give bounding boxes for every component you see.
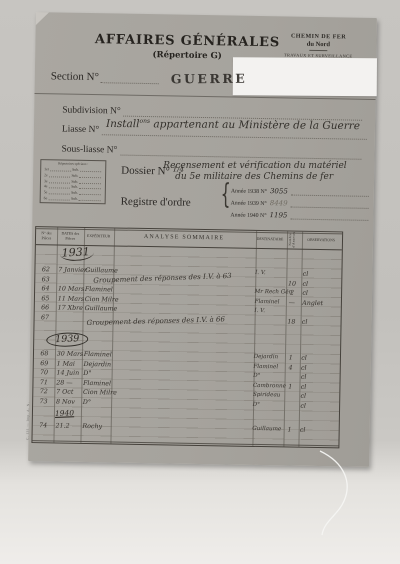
special-box-dots	[79, 179, 101, 183]
cell-observations	[299, 312, 341, 313]
cell-analyse	[111, 393, 252, 395]
cell-expediteur: Guillaume	[83, 267, 113, 275]
liasse-value-sup: ons	[140, 118, 151, 125]
header-dates: DATES des Pièces	[57, 227, 84, 244]
cell-observations: cl	[298, 364, 340, 372]
dossier-handwritten-line1: Recensement et vérification du matériel	[163, 161, 371, 171]
registre-entry-1938: Année 1938 N° 3055	[231, 186, 369, 196]
cell-expediteur: Cion Milre	[81, 389, 111, 397]
cell-expediteur: Flaminel	[81, 380, 111, 388]
company-block: CHEMIN DE FER du Nord TRAVAUX ET SURVEIL…	[267, 33, 369, 59]
special-box-row-right: Sub.	[71, 174, 78, 178]
sous-liasse-blank-line	[120, 146, 361, 160]
special-box-row: 4eSub.	[44, 183, 102, 190]
special-box-row-left: 3e	[44, 179, 48, 183]
special-box-row: 2eSub.	[44, 171, 102, 178]
cell-expediteur: Cion Milre	[83, 296, 113, 304]
cell-destinataire	[254, 283, 285, 284]
special-repertoire-box: Répertoires spéciaux : 1erSub.2eSub.3eSu…	[40, 159, 107, 204]
special-box-row: 6eSub.	[44, 194, 102, 201]
cell-observations: cl	[299, 318, 341, 326]
header-expediteur: EXPÉDITEUR	[84, 228, 114, 246]
cell-analyse	[112, 355, 253, 357]
registre-label: Registre d'ordre	[121, 196, 191, 209]
section-label: Section N°	[51, 70, 99, 83]
header-piece-number: N° des Pièces	[36, 227, 57, 244]
liasse-handwritten-value: Installons appartenant au Ministère de l…	[106, 117, 360, 132]
cell-analyse	[111, 403, 252, 405]
annee-1939-line	[291, 201, 369, 209]
cell-date: 21.2	[54, 423, 81, 430]
year-group: 19407421.2RochyGuillaume1cl	[33, 408, 339, 436]
annee-1938-label: Année 1938 N°	[231, 188, 267, 195]
archive-card: AFFAIRES GÉNÉRALES (Répertoire G) CHEMIN…	[28, 12, 377, 467]
section-field: Section N°	[51, 70, 159, 84]
cell-expediteur: Guillaume	[83, 305, 113, 313]
cell-destinataire: Spirideau	[252, 392, 283, 400]
header-destinataire: DESTINATAIRE	[254, 231, 285, 249]
sous-liasse-field: Sous-liasse N°	[61, 145, 361, 160]
cell-analyse	[113, 300, 254, 302]
cell-piece-number: 74	[33, 422, 54, 429]
section-blank-line	[101, 72, 159, 84]
cell-annexes: 1	[283, 355, 298, 362]
cell-piece-number: 64	[35, 285, 56, 292]
special-box-row: 1erSub.	[44, 166, 102, 173]
cell-analyse	[111, 365, 252, 367]
cell-expediteur: Flaminel	[82, 351, 112, 359]
special-box-row: 3eSub.	[44, 177, 102, 184]
cell-destinataire: Flaminel	[254, 299, 285, 307]
liasse-value-main: Install	[106, 118, 140, 130]
liasse-label: Liasse N°	[62, 125, 99, 136]
cell-piece-number: 69	[34, 360, 55, 367]
register-table: N° des Pièces DATES des Pièces EXPÉDITEU…	[31, 226, 343, 448]
cell-annexes: 2	[284, 290, 299, 297]
subdivision-label: Subdivision N°	[62, 106, 121, 117]
cell-analyse	[113, 290, 254, 292]
cell-annexes: 1	[283, 383, 298, 390]
cell-expediteur: Flaminel	[83, 286, 113, 294]
cell-piece-number: 67	[35, 314, 56, 321]
cell-annexes: —	[284, 299, 299, 306]
cell-annexes: 18	[284, 318, 299, 325]
year-label-text: 1940	[55, 408, 74, 418]
cell-date: 7 Janvier	[56, 267, 83, 274]
cell-destinataire: Dejardin	[253, 354, 284, 362]
special-box-dots	[48, 196, 70, 200]
corner-fold	[36, 12, 52, 28]
guerre-stamp: GUERRE	[171, 71, 248, 87]
special-box-row-right: Sub.	[71, 196, 78, 200]
cell-observations: cl	[298, 383, 340, 391]
cell-analyse	[113, 309, 254, 311]
annee-1938-line	[291, 189, 369, 197]
cell-date: 17 Xbre	[56, 305, 83, 312]
table-body: Groupement des réponses des I.V. à 63 Gr…	[32, 245, 341, 447]
brace-glyph: {	[221, 178, 231, 210]
cell-observations: cl	[299, 290, 341, 298]
cell-observations: cl	[298, 355, 340, 363]
special-box-dots	[49, 179, 71, 183]
special-box-row-right: Sub.	[71, 179, 78, 183]
cell-destinataire	[253, 321, 284, 322]
registre-entry-1939: Année 1939 N° 8449	[231, 198, 369, 208]
cell-observations: Anglet	[299, 299, 341, 307]
special-box-row-right: Sub.	[72, 168, 79, 172]
cell-piece-number: 70	[34, 369, 55, 376]
liasse-value-rest: appartenant au Ministère de la Guerre	[150, 118, 360, 132]
cell-date: 10 Mars	[56, 286, 83, 293]
cell-observations: cl	[298, 374, 340, 382]
special-box-dots	[80, 168, 101, 172]
special-box-dots	[48, 185, 70, 189]
cell-annexes: 4	[283, 364, 298, 371]
cell-destinataire: D°	[252, 373, 283, 381]
year-label-text: 1939	[46, 332, 89, 347]
cell-expediteur: Rochy	[80, 423, 110, 431]
annee-1940-line	[290, 213, 368, 221]
special-box-dots	[79, 174, 101, 178]
year-label-text: 1931	[59, 245, 94, 262]
special-box-row-left: 4e	[44, 184, 48, 188]
cell-destinataire: Mr Rech Gén	[254, 289, 285, 297]
cell-destinataire: D°	[252, 402, 283, 410]
cell-observations: cl	[299, 280, 341, 288]
annee-1938-value: 3055	[270, 187, 288, 195]
header-observations: OBSERVATIONS	[300, 232, 342, 250]
special-box-dots	[50, 168, 71, 172]
special-box-row-left: 5e	[44, 190, 48, 194]
cell-piece-number: 73	[33, 398, 54, 405]
special-box-dots	[79, 185, 101, 189]
special-box-row: 5eSub.	[44, 188, 102, 195]
cell-date: 7 Oct	[54, 389, 81, 396]
annee-1940-label: Année 1940 N°	[230, 212, 266, 219]
annee-1939-value: 8449	[270, 199, 288, 207]
year-group: 19396830 MarsFlaminelDejardin1cl691 MaiD…	[33, 332, 340, 411]
special-box-dots	[49, 173, 71, 177]
cell-piece-number: 72	[33, 388, 54, 395]
cell-piece-number: 62	[35, 266, 56, 273]
company-name-line2: du Nord	[267, 40, 369, 49]
special-box-dots	[79, 191, 101, 195]
cell-expediteur: D°	[81, 399, 111, 407]
annee-1939-label: Année 1939 N°	[231, 200, 267, 207]
special-box-dots	[48, 190, 70, 194]
special-box-row-left: 6e	[44, 196, 48, 200]
cell-destinataire: Guillaume	[251, 426, 282, 434]
cell-piece-number: 68	[34, 350, 55, 357]
cell-date: 8 Nov	[54, 398, 81, 405]
header-analyse-sommaire: ANALYSE SOMMAIRE	[113, 228, 254, 247]
special-box-dots	[79, 196, 101, 200]
cell-date: 1 Mai	[55, 360, 82, 367]
page-title: AFFAIRES GÉNÉRALES	[92, 33, 282, 50]
cell-annexes: 10	[285, 280, 300, 287]
cell-destinataire: Flaminel	[252, 364, 283, 372]
cell-analyse	[111, 384, 252, 386]
year-group: 1931627 JanvierGuillaumeI. V.cl6310cl641…	[35, 245, 342, 327]
sous-liasse-label: Sous-liasse N°	[61, 145, 117, 156]
cell-analyse	[110, 427, 251, 429]
cell-observations: cl	[300, 271, 342, 279]
cell-annexes: 1	[282, 427, 297, 434]
cell-piece-number: 65	[35, 295, 56, 302]
special-box-row-left: 2e	[44, 173, 48, 177]
dossier-handwritten-line2: du 5e militaire des Chemins de fer	[175, 172, 333, 182]
cell-date: 30 Mars	[55, 351, 82, 358]
cell-piece-number: 63	[35, 276, 56, 283]
cell-piece-number: 71	[33, 379, 54, 386]
special-box-row-right: Sub.	[71, 191, 78, 195]
registre-entry-1940: Année 1940 N° 1195	[230, 210, 368, 220]
special-box-row-right: Sub.	[71, 185, 78, 189]
cell-expediteur: D°	[81, 370, 111, 378]
cell-destinataire: Cambronne	[252, 383, 283, 391]
cell-destinataire: I. V.	[253, 308, 284, 316]
cell-date: 11 Mars	[56, 295, 83, 302]
company-divider	[309, 50, 327, 51]
header-annexes-text: Nombre d'Annexes	[289, 232, 296, 248]
cell-date: 28 —	[54, 379, 81, 386]
cell-expediteur: Dejardin	[81, 361, 111, 369]
cell-observations: cl	[297, 427, 339, 435]
special-box-row-left: 1er	[44, 167, 49, 171]
cell-destinataire: I. V.	[254, 270, 285, 278]
annee-1940-value: 1195	[270, 211, 288, 219]
blank-paper-label	[233, 57, 377, 96]
cell-piece-number: 66	[35, 304, 56, 311]
cell-date: 14 Juin	[54, 370, 81, 377]
cell-observations: cl	[297, 402, 339, 410]
cell-analyse	[111, 374, 252, 376]
cell-observations: cl	[297, 393, 339, 401]
